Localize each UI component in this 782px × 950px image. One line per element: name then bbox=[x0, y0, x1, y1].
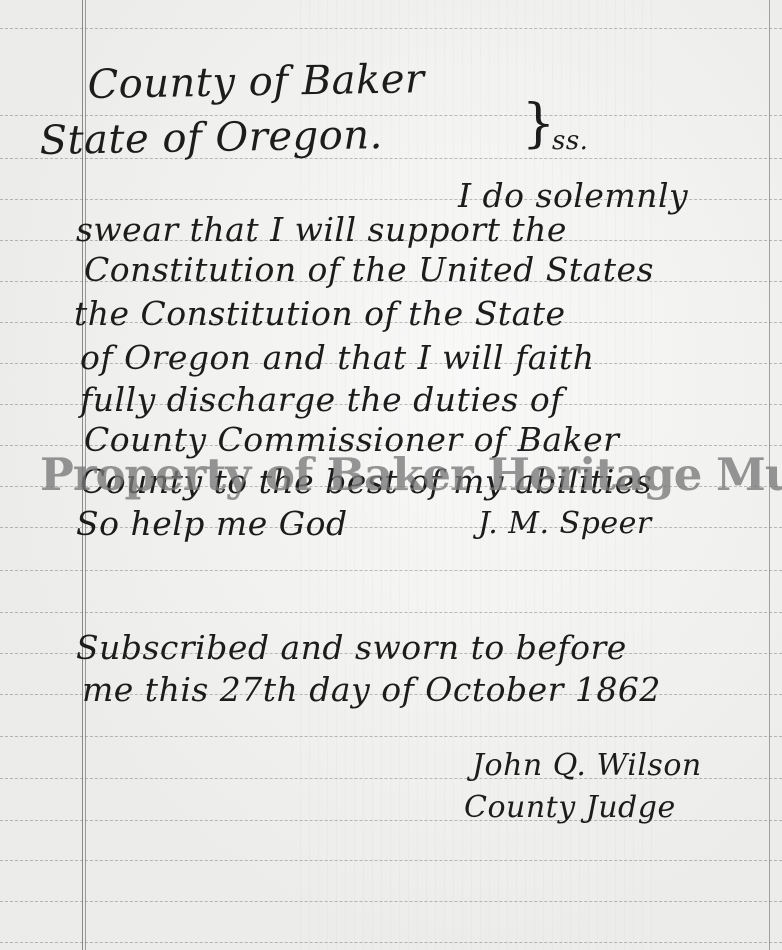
venue-bracket-icon: } bbox=[522, 98, 555, 150]
oath-line-4: the Constitution of the State bbox=[74, 294, 566, 333]
oath-line-3: Constitution of the United States bbox=[84, 250, 654, 289]
official-signature-title: County Judge bbox=[464, 790, 676, 825]
official-signature-name: John Q. Wilson bbox=[472, 748, 702, 783]
oath-line-6: fully discharge the duties of bbox=[80, 380, 563, 419]
ruling-line bbox=[0, 28, 782, 29]
oath-line-5: of Oregon and that I will faith bbox=[80, 338, 595, 377]
ruling-line bbox=[0, 570, 782, 571]
oath-signature: J. M. Speer bbox=[478, 506, 652, 541]
oath-line-2: swear that I will support the bbox=[76, 210, 567, 249]
ruling-line bbox=[0, 942, 782, 943]
oath-line-8: County to the best of my abilities bbox=[80, 462, 652, 501]
heading-county: County of Baker bbox=[87, 56, 425, 108]
ruling-line bbox=[0, 901, 782, 902]
ruling-line bbox=[0, 736, 782, 737]
right-margin-line bbox=[769, 0, 770, 950]
document-page: County of Baker State of Oregon. } ss. I… bbox=[0, 0, 782, 950]
jurat-line-1: Subscribed and sworn to before bbox=[76, 628, 627, 667]
ruling-line bbox=[0, 612, 782, 613]
jurat-line-2: me this 27th day of October 1862 bbox=[82, 670, 661, 709]
venue-mark: ss. bbox=[552, 126, 588, 156]
oath-line-7: County Commissioner of Baker bbox=[84, 420, 619, 459]
oath-line-9: So help me God bbox=[76, 504, 348, 543]
heading-state: State of Oregon. bbox=[39, 112, 383, 164]
ruling-line bbox=[0, 860, 782, 861]
